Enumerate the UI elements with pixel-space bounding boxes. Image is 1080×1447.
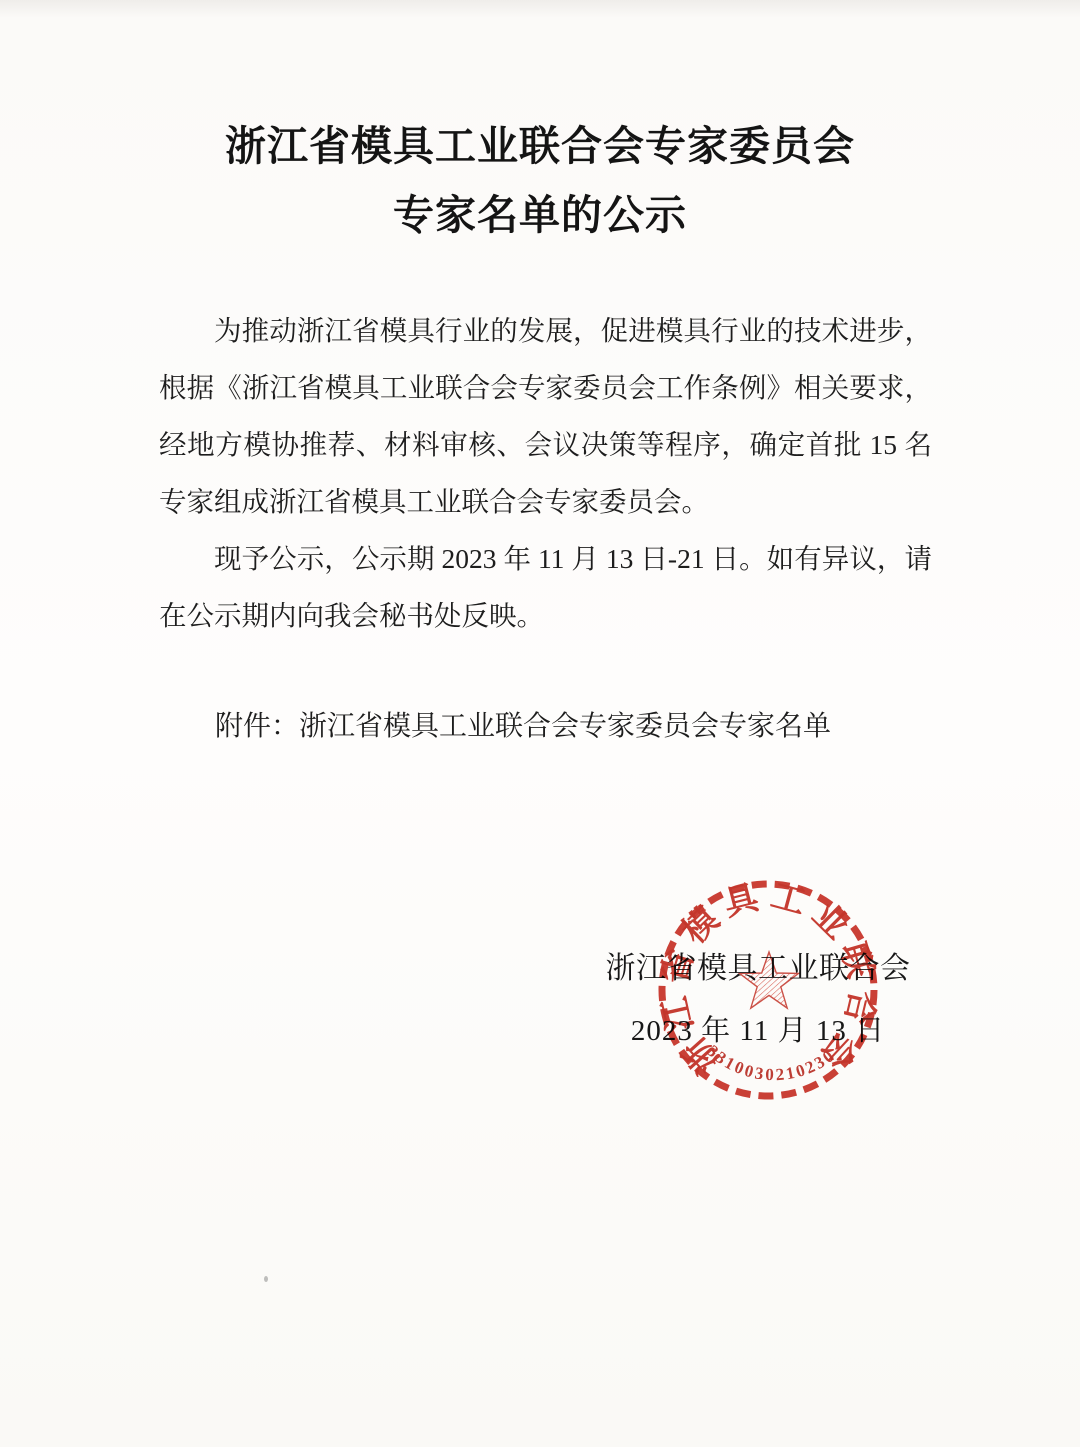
attachment-line: 附件：浙江省模具工业联合会专家委员会专家名单 (159, 704, 932, 750)
document-title: 浙江省模具工业联合会专家委员会 专家名单的公示 (0, 112, 1080, 250)
official-seal: 浙江省模具工业联合会 3310030210230 (608, 830, 928, 1150)
title-line-2: 专家名单的公示 (0, 181, 1080, 250)
title-line-1: 浙江省模具工业联合会专家委员会 (0, 112, 1080, 181)
body-paragraph-1: 为推动浙江省模具行业的发展，促进模具行业的技术进步，根据《浙江省模具工业联合会专… (159, 302, 932, 530)
body-paragraph-2: 现予公示，公示期 2023 年 11 月 13 日-21 日。如有异议，请在公示… (159, 530, 932, 644)
document-body: 为推动浙江省模具行业的发展，促进模具行业的技术进步，根据《浙江省模具工业联合会专… (159, 302, 932, 644)
scan-artifact-dot (264, 1276, 268, 1282)
seal-star-icon (740, 952, 799, 1008)
document-page: 浙江省模具工业联合会专家委员会 专家名单的公示 为推动浙江省模具行业的发展，促进… (0, 0, 1080, 1447)
